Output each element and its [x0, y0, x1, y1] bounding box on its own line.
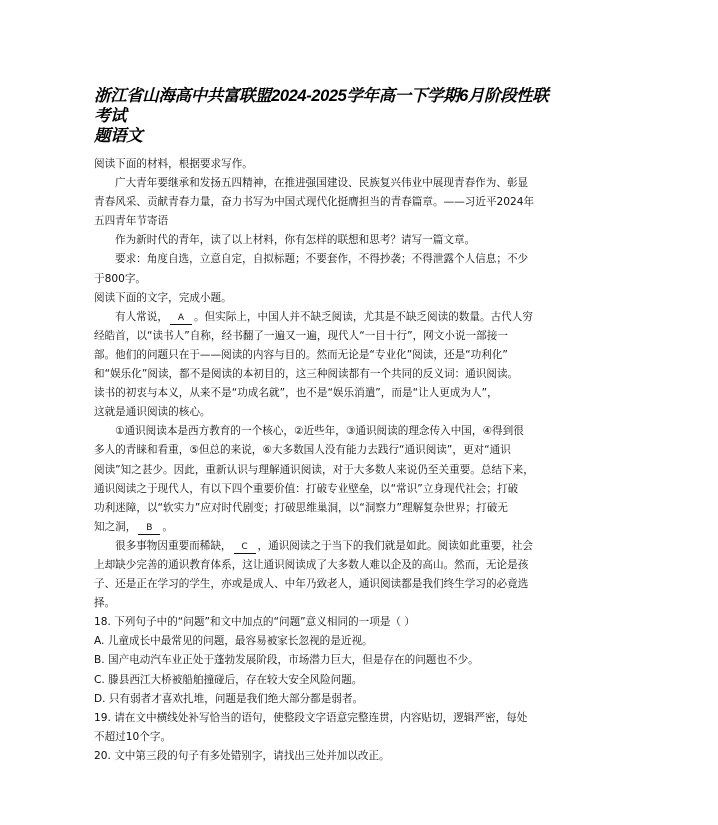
- title-line-1: 浙江省山海高中共富联盟2024-2025学年高一下学期6月阶段性联考试: [94, 86, 564, 126]
- document-body: 阅读下面的材料，根据要求写作。广大青年要继承和发扬五四精神，在推进强国建设、民族…: [94, 155, 549, 766]
- text-line: 广大青年要继承和发扬五四精神，在推进强国建设、民族复兴伟业中展现青春作为、彰显: [94, 174, 549, 193]
- text-line: 择。: [94, 594, 549, 613]
- text-line: 18. 下列句子中的“问题”和文中加点的“问题”意义相同的一项是（ ）: [94, 613, 549, 632]
- text-line: 有人常说，A。但实际上，中国人并不缺乏阅读，尤其是不缺乏阅读的数量。古代人穷: [94, 308, 549, 327]
- text-line: 19. 请在文中横线处补写恰当的语句，使整段文字语意完整连贯，内容贴切，逻辑严密…: [94, 709, 549, 728]
- text-line: 青春风采、贡献青春力量，奋力书写为中国式现代化挺膺担当的青春篇章。——习近平20…: [94, 193, 549, 212]
- text-segment: 知之洞，: [94, 521, 136, 533]
- document-page: 浙江省山海高中共富联盟2024-2025学年高一下学期6月阶段性联考试 题语文 …: [0, 0, 718, 825]
- text-line: C. 滕县西江大桥被船舶撞碰后，存在较大安全风险问题。: [94, 671, 549, 690]
- text-line: 要求：角度自选，立意自定，自拟标题；不要套作，不得抄袭；不得泄露个人信息；不少: [94, 250, 549, 269]
- text-line: 部。他们的问题只在于——阅读的内容与目的。然而无论是“专业化”阅读，还是“功利化…: [94, 346, 549, 365]
- text-line: 和“娱乐化”阅读，都不是阅读的本初目的，这三种阅读都有一个共同的反义词：通识阅读…: [94, 365, 549, 384]
- text-line: 于800字。: [94, 270, 549, 289]
- text-line: 很多事物因重要而稀缺，C，通识阅读之于当下的我们就是如此。阅读如此重要，社会: [94, 537, 549, 556]
- text-line: 经皓首，以“读书人”自称，经书翻了一遍又一遍，现代人“一目十行”，网文小说一部接…: [94, 327, 549, 346]
- text-line: 作为新时代的青年，读了以上材料，你有怎样的联想和思考？请写一篇文章。: [94, 231, 549, 250]
- text-line: 阅读下面的文字，完成小题。: [94, 289, 549, 308]
- text-segment: 。: [162, 521, 173, 533]
- answer-blank: A: [170, 312, 192, 325]
- text-segment: 有人常说，: [115, 311, 168, 323]
- text-line: D. 只有弱者才喜欢扎堆，问题是我们绝大部分都是弱者。: [94, 690, 549, 709]
- text-line: 通识阅读之于现代人，有以下四个重要价值：打破专业壁垒，以“常识”立身现代社会；打…: [94, 480, 549, 499]
- text-line: 子、还是正在学习的学生，亦或是成人、中年乃致老人，通识阅读都是我们终生学习的必竟…: [94, 575, 549, 594]
- text-line: 这就是通识阅读的核心。: [94, 403, 549, 422]
- answer-blank: B: [138, 522, 160, 535]
- text-line: 20. 文中第三段的句子有多处错别字，请找出三处并加以改正。: [94, 747, 549, 766]
- text-line: 功利迷障，以“软实力”应对时代剧变；打破思维巢洞，以“洞察力”理解复杂世界；打破…: [94, 499, 549, 518]
- text-line: 阅读下面的材料，根据要求写作。: [94, 155, 549, 174]
- text-line: ①通识阅读本是西方教育的一个核心，②近些年，③通识阅读的理念传入中国，④得到很: [94, 422, 549, 441]
- document-title: 浙江省山海高中共富联盟2024-2025学年高一下学期6月阶段性联考试 题语文: [94, 86, 564, 146]
- text-line: 知之洞，B。: [94, 518, 549, 537]
- title-line-2: 题语文: [94, 126, 564, 146]
- text-line: 五四青年节寄语: [94, 212, 549, 231]
- text-line: B. 国产电动汽车业正处于蓬勃发展阶段，市场潜力巨大，但是存在的问题也不少。: [94, 651, 549, 670]
- text-line: A. 儿童成长中最常见的问题，最容易被家长忽视的是近视。: [94, 632, 549, 651]
- text-segment: 。但实际上，中国人并不缺乏阅读，尤其是不缺乏阅读的数量。古代人穷: [194, 311, 533, 323]
- text-segment: ，通识阅读之于当下的我们就是如此。阅读如此重要，社会: [258, 540, 533, 552]
- text-segment: 很多事物因重要而稀缺，: [115, 540, 232, 552]
- text-line: 上却缺少完善的通识教育体系，这让通识阅读成了大多数人难以企及的高山。然而，无论是…: [94, 556, 549, 575]
- text-line: 读书的初衷与本义，从来不是“功成名就”，也不是“娱乐消遣”，而是“让人更成为人”…: [94, 384, 549, 403]
- text-line: 阅读”知之甚少。因此，重新认识与理解通识阅读，对于大多数人来说仍至关重要。总结下…: [94, 461, 549, 480]
- answer-blank: C: [234, 541, 256, 554]
- text-line: 不超过10个字。: [94, 728, 549, 747]
- text-line: 多人的青睐和看重，⑤但总的来说，⑥大多数国人没有能力去践行“通识阅读”，更对“通…: [94, 441, 549, 460]
